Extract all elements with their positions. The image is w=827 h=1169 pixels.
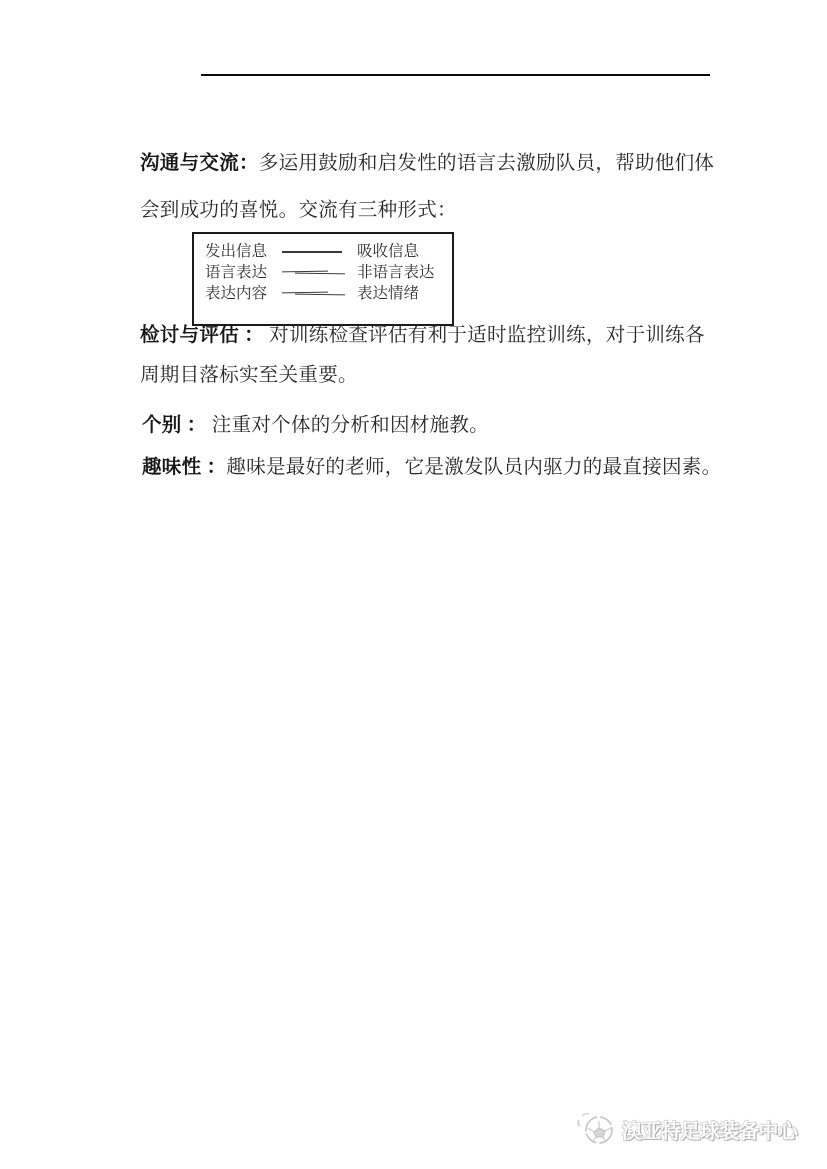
diagram-row: 表达内容 表达情绪: [205, 283, 452, 304]
paragraph-individual: 个别 ： 注重对个体的分析和因材施教。: [142, 413, 742, 439]
communication-forms-box: 发出信息 吸收信息 语言表达 非语言表达 表达内容 表达情绪: [192, 232, 454, 326]
paragraph-text: 趣味是最好的老师，它是激发队员内驱力的最直接因素。: [226, 457, 721, 478]
lead-colon: ：: [239, 153, 259, 174]
watermark-footer: 澳亚特足球装备中心: [576, 1110, 798, 1148]
connector-line: [282, 283, 342, 304]
paragraph-lead-label: 沟通与交流: [140, 153, 239, 174]
diagram-row: 语言表达 非语言表达: [205, 262, 452, 283]
connector-line: [282, 241, 342, 262]
paragraph-communication: 沟通与交流：多运用鼓励和启发性的语言去激励队员，帮助他们体 会到成功的喜悦。交流…: [140, 140, 740, 234]
document-page: 沟通与交流：多运用鼓励和启发性的语言去激励队员，帮助他们体 会到成功的喜悦。交流…: [0, 0, 827, 1169]
paragraph-lead-label: 个别: [142, 415, 182, 436]
watermark-text: 澳亚特足球装备中心: [622, 1115, 798, 1144]
paragraph-line: 周期目落标实至关重要。: [140, 356, 740, 396]
diagram-left-label: 语言表达: [205, 262, 271, 283]
paragraph-lead-label: 检讨与评估: [140, 325, 239, 346]
paragraph-review-evaluation: 检讨与评估 ： 对训练检查评估有利于适时监控训练，对于训练各 周期目落标实至关重…: [140, 316, 740, 396]
diagram-left-label: 表达内容: [205, 283, 271, 304]
paragraph-text: 多运用鼓励和启发性的语言去激励队员，帮助他们体: [259, 153, 714, 174]
diagram-right-label: 非语言表达: [357, 262, 435, 283]
paragraph-fun: 趣味性 ：趣味是最好的老师，它是激发队员内驱力的最直接因素。: [142, 455, 742, 481]
paragraph-line: 沟通与交流：多运用鼓励和启发性的语言去激励队员，帮助他们体: [140, 140, 740, 187]
paragraph-text: 注重对个体的分析和因材施教。: [212, 415, 489, 436]
diagram-right-label: 吸收信息: [357, 241, 419, 262]
paragraph-line: 检讨与评估 ： 对训练检查评估有利于适时监控训练，对于训练各: [140, 316, 740, 356]
soccer-ball-icon: [576, 1110, 616, 1148]
diagram-right-label: 表达情绪: [357, 283, 419, 304]
lead-colon: ：: [201, 457, 226, 478]
paragraph-line: 会到成功的喜悦。交流有三种形式：: [140, 187, 740, 234]
connector-line: [282, 262, 342, 283]
paragraph-lead-label: 趣味性: [142, 457, 201, 478]
diagram-left-label: 发出信息: [205, 241, 271, 262]
lead-colon: ：: [182, 415, 212, 436]
lead-colon: ：: [239, 325, 269, 346]
header-rule: [201, 74, 710, 76]
paragraph-text: 对训练检查评估有利于适时监控训练，对于训练各: [269, 325, 705, 346]
diagram-row: 发出信息 吸收信息: [205, 241, 452, 262]
